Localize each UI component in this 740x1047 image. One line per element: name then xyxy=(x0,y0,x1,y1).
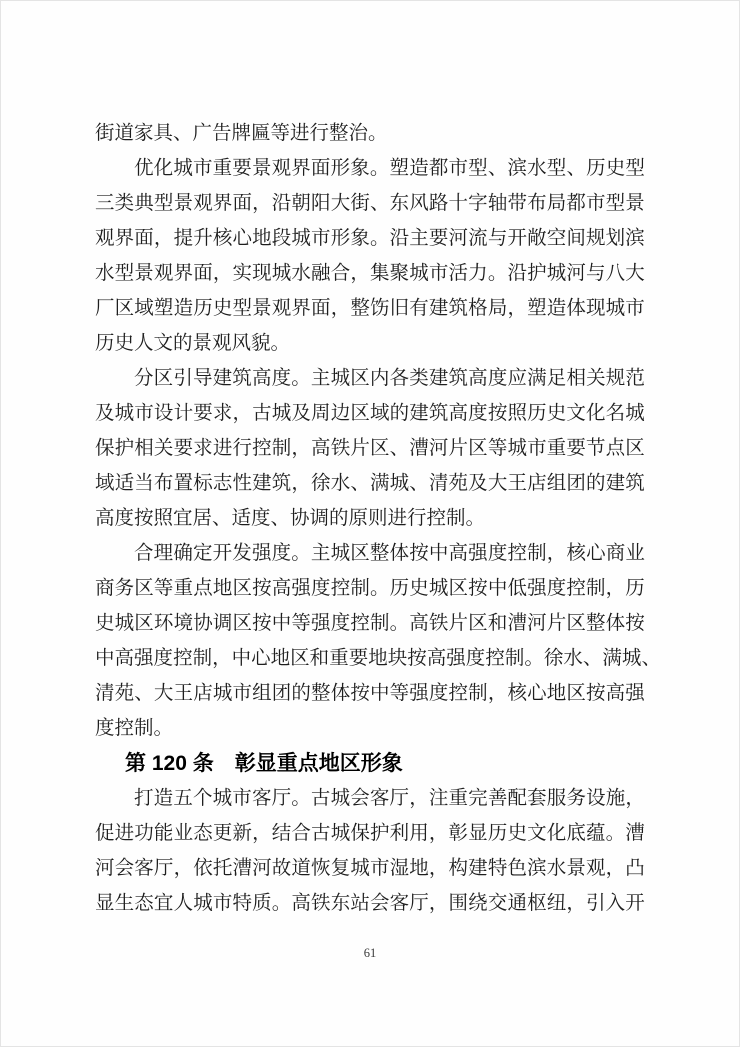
text-line: 史城区环境协调区按中等强度控制。高铁片区和漕河片区整体按 xyxy=(95,606,645,641)
text-line: 打造五个城市客厅。古城会客厅，注重完善配套服务设施， xyxy=(95,781,645,816)
text-line: 促进功能业态更新，结合古城保护利用，彰显历史文化底蕴。漕 xyxy=(95,816,645,851)
text-line: 观界面，提升核心地段城市形象。沿主要河流与开敞空间规划滨 xyxy=(95,221,645,256)
text-line: 中高强度控制，中心地区和重要地块按高强度控制。徐水、满城、 xyxy=(95,641,645,676)
text-line: 及城市设计要求，古城及周边区域的建筑高度按照历史文化名城 xyxy=(95,396,645,431)
text-line: 三类典型景观界面，沿朝阳大街、东风路十字轴带布局都市型景 xyxy=(95,186,645,221)
text-line: 分区引导建筑高度。主城区内各类建筑高度应满足相关规范 xyxy=(95,361,645,396)
text-line: 街道家具、广告牌匾等进行整治。 xyxy=(95,116,645,151)
text-line: 清苑、大王店城市组团的整体按中等强度控制，核心地区按高强 xyxy=(95,676,645,711)
text-line: 厂区域塑造历史型景观界面，整饬旧有建筑格局，塑造体现城市 xyxy=(95,291,645,326)
page-number: 61 xyxy=(0,946,740,961)
text-line: 优化城市重要景观界面形象。塑造都市型、滨水型、历史型 xyxy=(95,151,645,186)
document-page: 街道家具、广告牌匾等进行整治。 优化城市重要景观界面形象。塑造都市型、滨水型、历… xyxy=(0,0,740,1047)
text-line: 合理确定开发强度。主城区整体按中高强度控制，核心商业 xyxy=(95,536,645,571)
text-line: 水型景观界面，实现城水融合，集聚城市活力。沿护城河与八大 xyxy=(95,256,645,291)
text-line: 历史人文的景观风貌。 xyxy=(95,326,645,361)
text-line: 商务区等重点地区按高强度控制。历史城区按中低强度控制，历 xyxy=(95,571,645,606)
document-body: 街道家具、广告牌匾等进行整治。 优化城市重要景观界面形象。塑造都市型、滨水型、历… xyxy=(95,116,645,921)
text-line: 高度按照宜居、适度、协调的原则进行控制。 xyxy=(95,501,645,536)
text-line: 保护相关要求进行控制，高铁片区、漕河片区等城市重要节点区 xyxy=(95,431,645,466)
article-heading: 第 120 条 彰显重点地区形象 xyxy=(95,746,645,781)
text-line: 域适当布置标志性建筑，徐水、满城、清苑及大王店组团的建筑 xyxy=(95,466,645,501)
text-line: 度控制。 xyxy=(95,711,645,746)
text-line: 河会客厅，依托漕河故道恢复城市湿地，构建特色滨水景观，凸 xyxy=(95,851,645,886)
text-line: 显生态宜人城市特质。高铁东站会客厅，围绕交通枢纽，引入开 xyxy=(95,886,645,921)
